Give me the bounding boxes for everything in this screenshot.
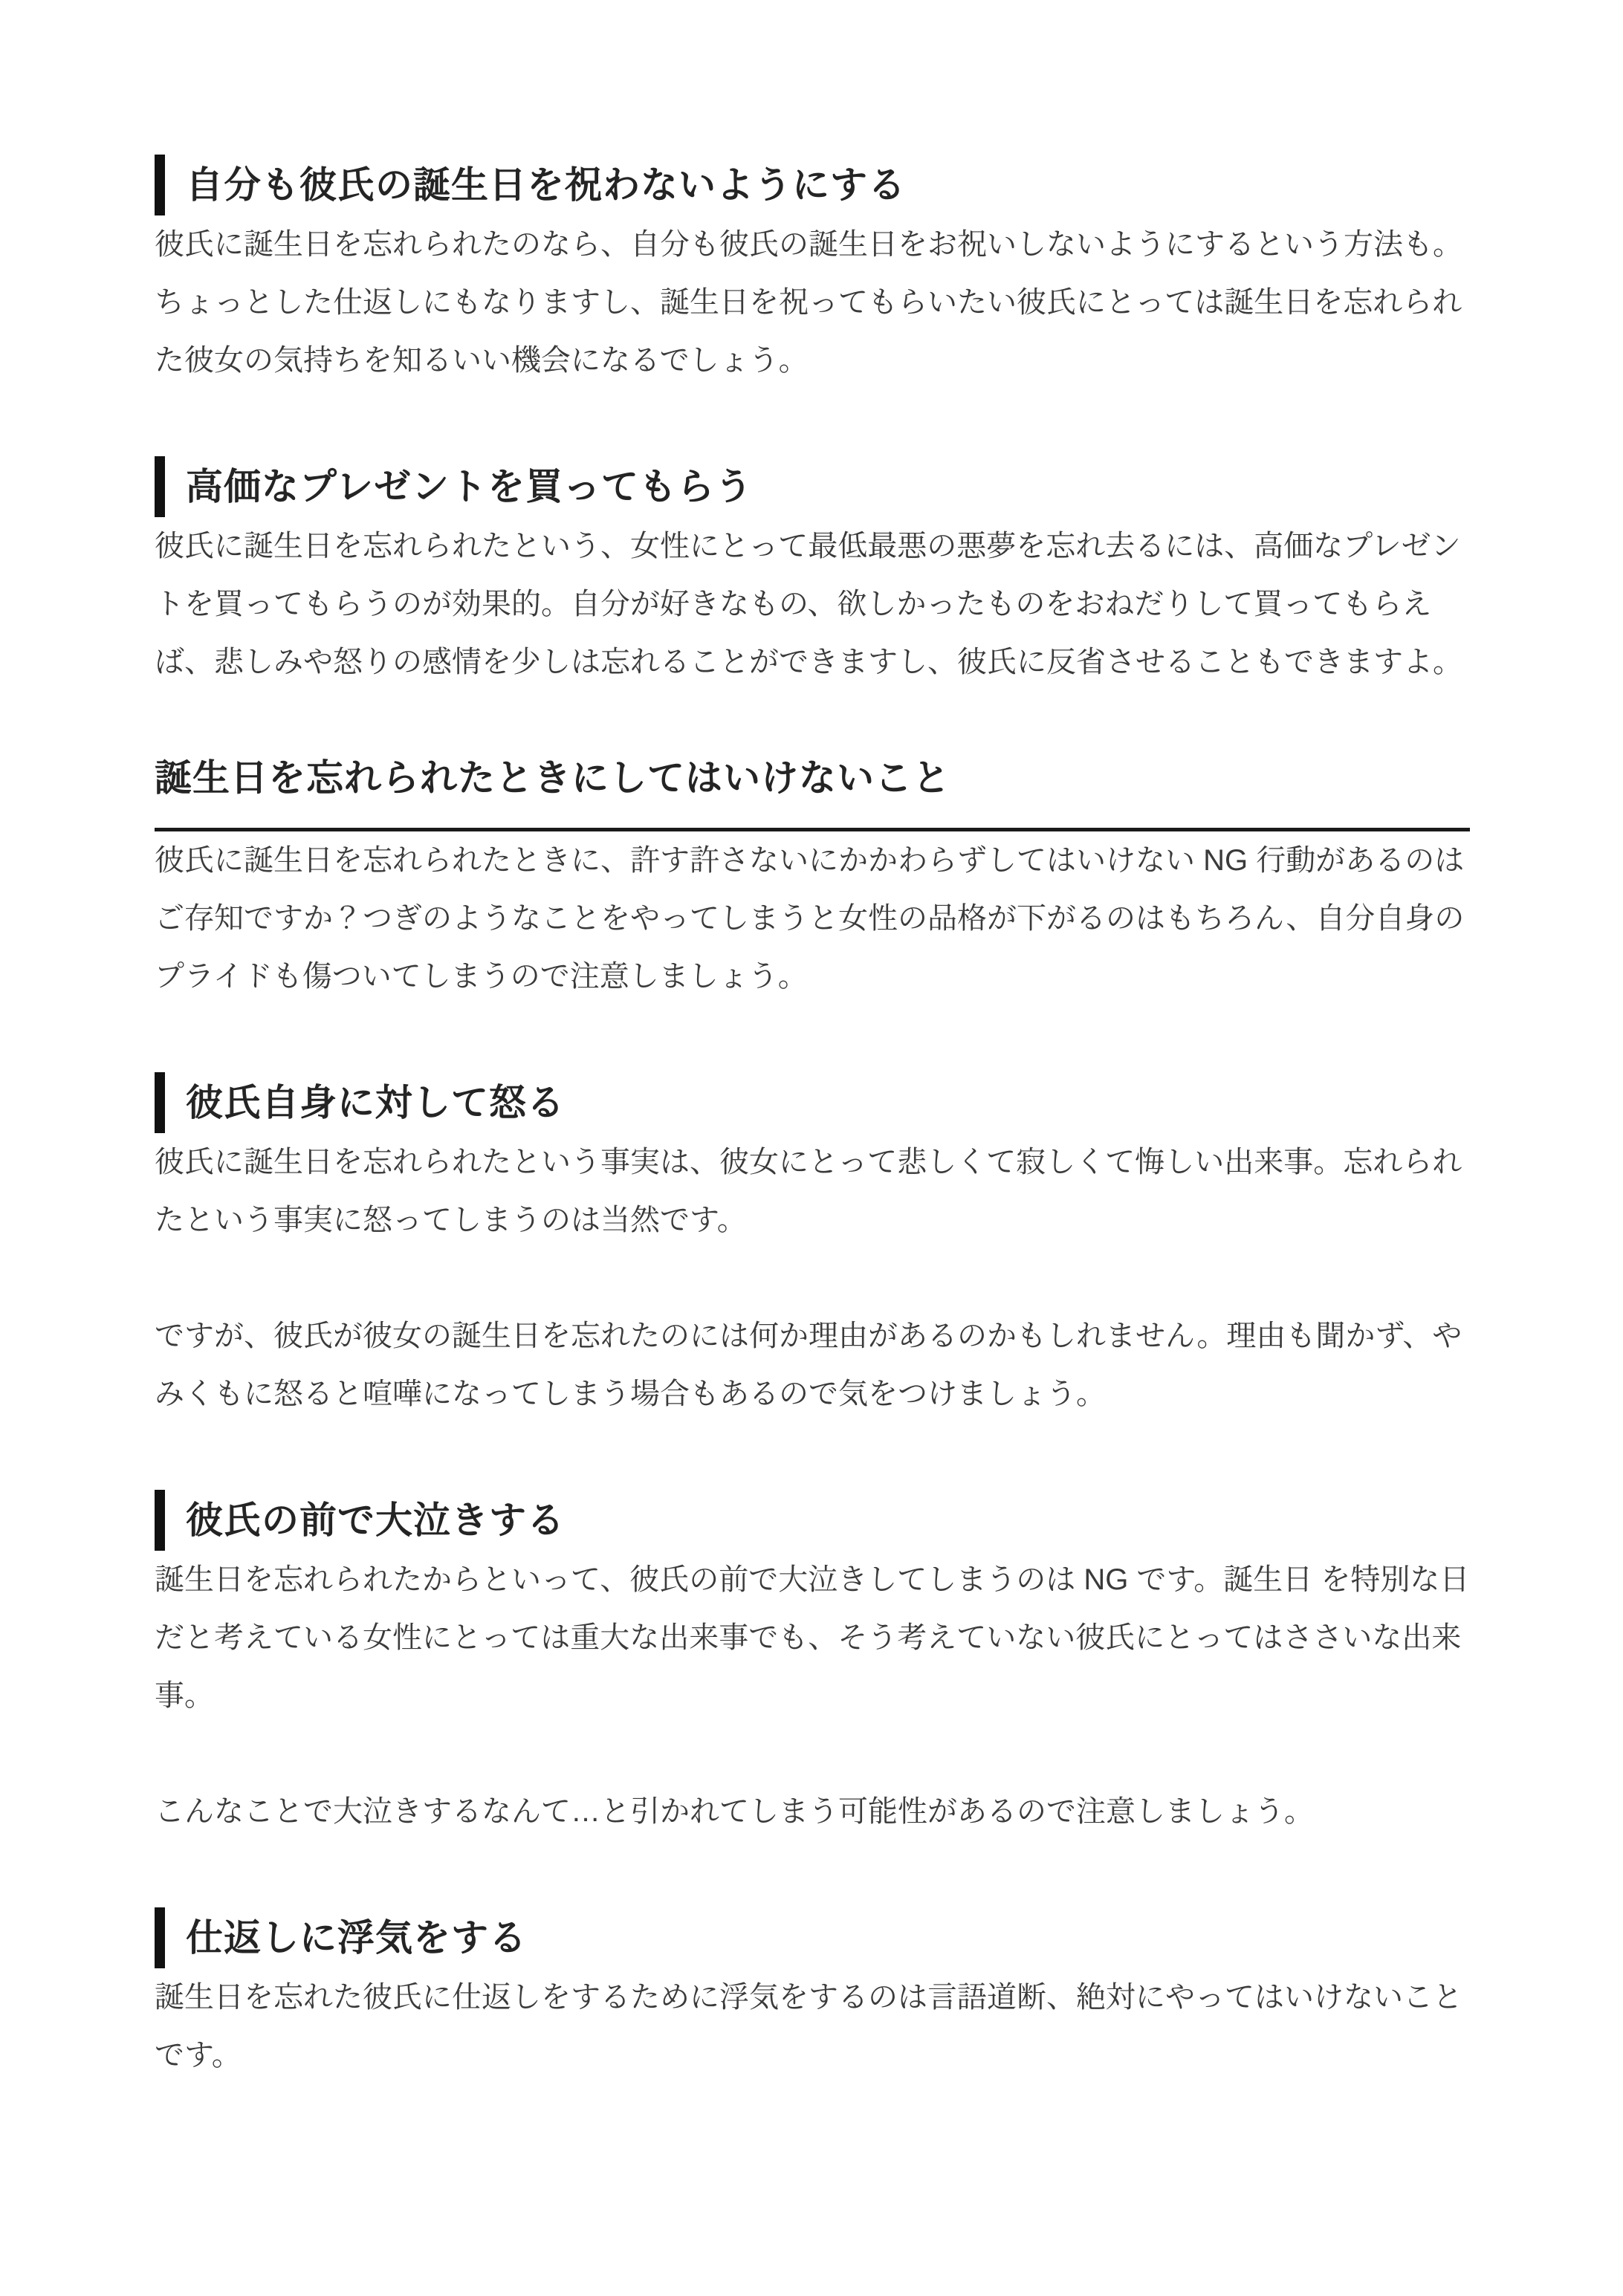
heading-accent-bar [155, 155, 165, 215]
paragraph: 彼氏に誕生日を忘れられたという事実は、彼女にとって悲しくて寂しくて悔しい出来事。… [155, 1133, 1470, 1249]
section-heading-text: 仕返しに浮気をする [186, 1918, 527, 1958]
section-dont-celebrate-his-birthday: 自分も彼氏の誕生日を祝わないようにする 彼氏に誕生日を忘れられたのなら、自分も彼… [155, 155, 1470, 389]
section-expensive-present: 高価なプレゼントを買ってもらう 彼氏に誕生日を忘れられたという、女性にとって最低… [155, 456, 1470, 691]
section-heading-text: 高価なプレゼントを買ってもらう [186, 467, 753, 507]
section-heading: 彼氏自身に対して怒る [155, 1072, 1470, 1133]
paragraph: 誕生日を忘れた彼氏に仕返しをするために浮気をするのは言語道断、絶対にやってはいけ… [155, 1968, 1470, 2084]
paragraph: ですが、彼氏が彼女の誕生日を忘れたのには何か理由があるのかもしれません。理由も聞… [155, 1307, 1470, 1423]
paragraph: 誕生日を忘れられたからといって、彼氏の前で大泣きしてしまうのは NG です。誕生… [155, 1551, 1470, 1725]
section-heading: 高価なプレゼントを買ってもらう [155, 456, 1470, 517]
section-get-angry-at-boyfriend: 彼氏自身に対して怒る 彼氏に誕生日を忘れられたという事実は、彼女にとって悲しくて… [155, 1072, 1470, 1423]
major-section-heading: 誕生日を忘れられたときにしてはいけないこと [155, 758, 1470, 831]
paragraph: 彼氏に誕生日を忘れられたのなら、自分も彼氏の誕生日をお祝いしないようにするという… [155, 215, 1470, 389]
paragraph: 彼氏に誕生日を忘れられたときに、許す許さないにかかわらずしてはいけない NG 行… [155, 831, 1470, 1005]
section-heading: 彼氏の前で大泣きする [155, 1490, 1470, 1551]
article-page: 自分も彼氏の誕生日を祝わないようにする 彼氏に誕生日を忘れられたのなら、自分も彼… [0, 0, 1623, 2296]
section-heading: 自分も彼氏の誕生日を祝わないようにする [155, 155, 1470, 215]
paragraph: こんなことで大泣きするなんて…と引かれてしまう可能性があるので注意しましょう。 [155, 1783, 1470, 1841]
heading-accent-bar [155, 456, 165, 517]
section-heading-text: 彼氏自身に対して怒る [186, 1083, 565, 1123]
section-heading-text: 彼氏の前で大泣きする [186, 1500, 565, 1540]
heading-accent-bar [155, 1490, 165, 1551]
section-things-not-to-do: 誕生日を忘れられたときにしてはいけないこと 彼氏に誕生日を忘れられたときに、許す… [155, 758, 1470, 1005]
section-heading: 仕返しに浮気をする [155, 1907, 1470, 1968]
section-cry-in-front-of-him: 彼氏の前で大泣きする 誕生日を忘れられたからといって、彼氏の前で大泣きしてしまう… [155, 1490, 1470, 1841]
heading-accent-bar [155, 1907, 165, 1968]
article-body: 自分も彼氏の誕生日を祝わないようにする 彼氏に誕生日を忘れられたのなら、自分も彼… [155, 155, 1470, 2084]
heading-accent-bar [155, 1072, 165, 1133]
section-cheat-for-revenge: 仕返しに浮気をする 誕生日を忘れた彼氏に仕返しをするために浮気をするのは言語道断… [155, 1907, 1470, 2084]
section-heading-text: 自分も彼氏の誕生日を祝わないようにする [186, 165, 906, 205]
paragraph: 彼氏に誕生日を忘れられたという、女性にとって最低最悪の悪夢を忘れ去るには、高価な… [155, 517, 1470, 691]
